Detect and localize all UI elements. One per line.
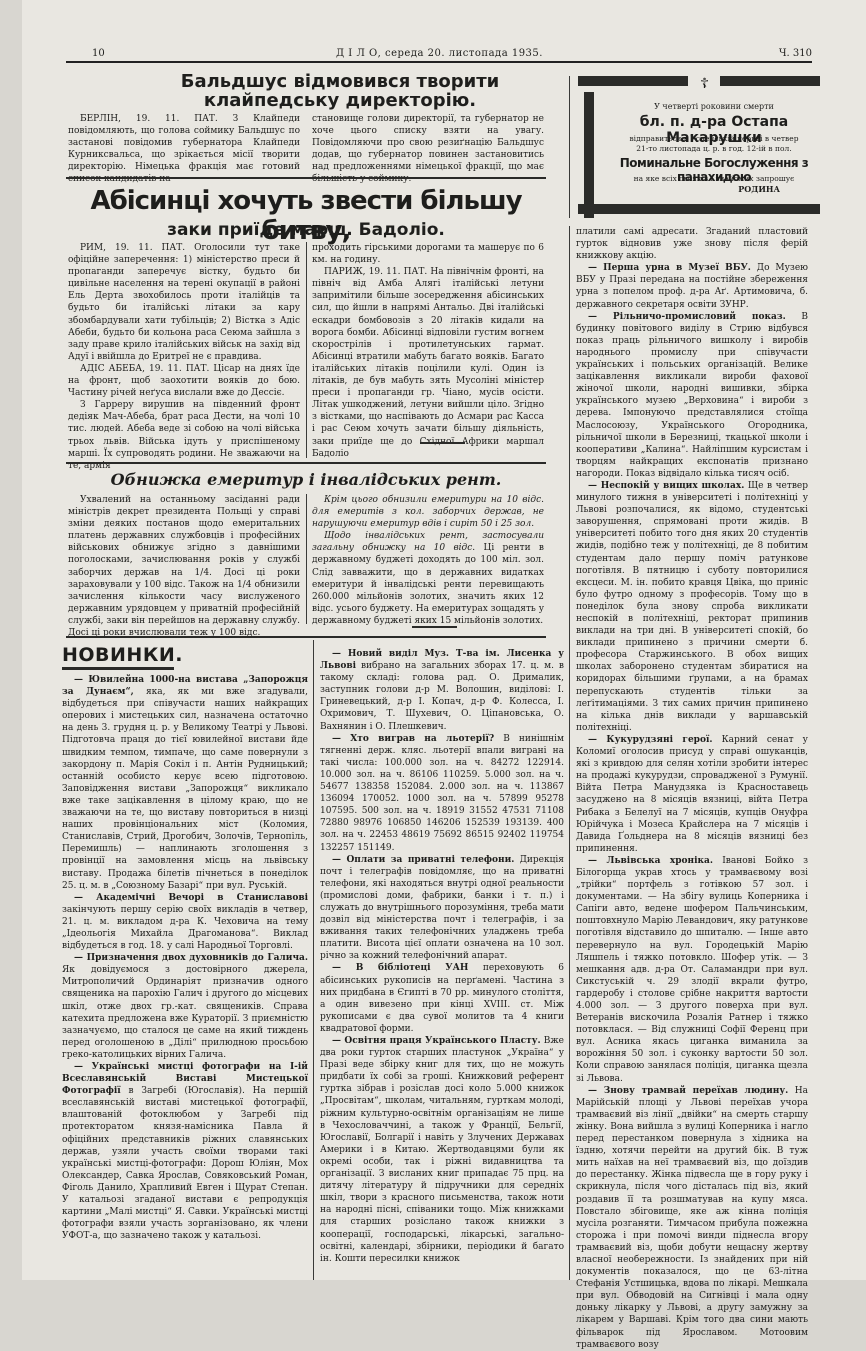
- news-item: — Рільничо-промисловий показ. В будинку …: [576, 311, 808, 480]
- news-item-text: Карний сенат у Коломиї оголосив присуд у…: [576, 735, 808, 854]
- news-item: — Знову трамвай переїхав людину. На Марі…: [576, 1085, 808, 1280]
- news-item-text: В будинку повітового виділу в Стрию відб…: [576, 312, 808, 479]
- news-item: — Неспокій у вищих школах. Ще в четвер м…: [576, 480, 808, 734]
- news-item-heading: — Академічні Вечорі в Станиславові: [74, 893, 308, 903]
- news-item-heading: — Неспокій у вищих школах.: [588, 481, 744, 491]
- news-item-heading: — Хто виграв на льотерії?: [332, 734, 494, 744]
- title-underline: [62, 667, 174, 670]
- news-item: — Львівська хроніка. Іванові Бойко з Біл…: [576, 855, 808, 1085]
- news-item-heading: — Оплати за приватні телефони.: [332, 855, 514, 865]
- section-divider: [66, 177, 546, 179]
- paragraph: платили самі адресати. Згаданий пластови…: [576, 226, 808, 262]
- paragraph: БЕРЛІН, 19. 11. ПАТ. З Клайпеди повідомл…: [68, 113, 300, 186]
- news-item-text: Іванові Бойко з Білогорща украв хтось у …: [576, 856, 808, 1084]
- article-baldshus-title: Бальдшус відмовився творити клайпедську …: [150, 72, 530, 110]
- mourning-border: [584, 92, 594, 218]
- news-item: — Українські мистці фотографи на І-ій Вс…: [62, 1061, 308, 1242]
- news-item-heading: — Освітня праця Українського Пласту.: [332, 1036, 541, 1046]
- news-item-text: На Марійській площі у Львові переїхав уч…: [576, 1086, 808, 1280]
- column-rule: [569, 76, 570, 218]
- news-item: — В бібліотеці УАН переховують 6 абісинс…: [320, 962, 564, 1035]
- news-item: — Академічні Вечорі в Станиславові закін…: [62, 892, 308, 952]
- title-line: Бальдшус відмовився творити: [150, 72, 530, 91]
- end-rule: [412, 626, 457, 628]
- title-line: клайпедську директорію.: [150, 91, 530, 110]
- obituary-line: 21-то листопада ц. р. в год. 12-ій в пол…: [608, 144, 820, 153]
- obituary-line: У четверті роковини смерти: [608, 102, 820, 111]
- news-item-heading: — Призначення двох духовників до Галича.: [74, 953, 308, 963]
- article-abyssinia-col1: РИМ, 19. 11. ПАТ. Оголосили тут таке офі…: [68, 242, 300, 472]
- page-number: 10: [92, 48, 105, 59]
- issue-number: Ч. 310: [779, 48, 812, 59]
- article-pensions-title: Обнижка емеритур і інвалідських рент.: [66, 470, 546, 489]
- column-rule: [569, 226, 570, 1280]
- paragraph: Ухвалений на останньому засіданні ради м…: [68, 494, 300, 639]
- news-item: — Хто виграв на льотерії? В нинішнім тяг…: [320, 733, 564, 854]
- news-item-text: яка, як ми вже згадували, відбудеться пр…: [62, 687, 308, 891]
- column-rule: [313, 640, 314, 1280]
- news-item-text: Вже два роки гурток старших пластунок „У…: [320, 1036, 564, 1264]
- paragraph: З Гарреру вирушив на південний фронт дед…: [68, 399, 300, 472]
- news-item-text: Ще в четвер минулого тижня в університет…: [576, 481, 808, 733]
- section-title-novynky: НОВИНКИ.: [62, 644, 183, 666]
- mourning-border: [720, 76, 820, 86]
- obituary-line: відправиться в Успенській церкві в четве…: [608, 134, 820, 143]
- paragraph: АДІС АБЕБА, 19. 11. ПАТ. Цісар на днях ї…: [68, 363, 300, 399]
- mourning-border: [578, 204, 820, 214]
- paragraph: ПАРИЖ, 19. 11. ПАТ. На північнім фронті,…: [312, 266, 544, 460]
- column-rule: [306, 242, 307, 458]
- news-item-text: вибрано на загальних зборах 17. ц. м. в …: [320, 661, 564, 731]
- right-column-news: платили самі адресати. Згаданий пластови…: [576, 226, 808, 1280]
- header-rule: [66, 61, 812, 63]
- news-item: — Оплати за приватні телефони. Дирекція …: [320, 854, 564, 963]
- section-divider: [66, 636, 546, 638]
- news-item: — Ювилейна 1000-на вистава „Запорожця за…: [62, 674, 308, 892]
- news-item-text: Як довідуємося з достовірного джерела, М…: [62, 965, 308, 1060]
- news-item-heading: — Перша урна в Музеї ВБУ.: [588, 263, 751, 273]
- novynky-col2: — Новий виділ Муз. Т-ва ім. Лисенка у Ль…: [320, 648, 564, 1265]
- column-rule: [306, 494, 307, 624]
- article-abyssinia-subtitle: заки приїде марш. Бадоліо.: [66, 220, 546, 240]
- article-pensions-col1: Ухвалений на останньому засіданні ради м…: [68, 494, 300, 639]
- paragraph-rest: Ці ренти в державному буджеті доходять д…: [312, 543, 544, 626]
- novynky-col1: — Ювилейна 1000-на вистава „Запорожця за…: [62, 674, 308, 1242]
- article-baldshus-col2: становище голови директорії, та губернат…: [312, 113, 544, 186]
- masthead-date: Д І Л О, середа 20. листопада 1935.: [336, 48, 543, 59]
- news-item-heading: — Знову трамвай переїхав людину.: [588, 1086, 788, 1096]
- obituary-line: на яке всіх свояків і знайомих запрошує: [608, 174, 820, 183]
- article-abyssinia-col2: проходить гірськими дорогами та машерує …: [312, 242, 544, 460]
- paragraph: проходить гірськими дорогами та машерує …: [312, 242, 544, 266]
- news-item-heading: — Рільничо-промисловий показ.: [588, 312, 786, 322]
- article-baldshus-col1: БЕРЛІН, 19. 11. ПАТ. З Клайпеди повідомл…: [68, 113, 300, 186]
- news-item-text: в Загребі (Югославія). На першій всеслав…: [62, 1086, 308, 1241]
- news-item-text: В нинішнім тягненні держ. кляс. льотерії…: [320, 734, 564, 853]
- news-item: — Освітня праця Українського Пласту. Вже…: [320, 1035, 564, 1265]
- section-divider: [66, 462, 546, 464]
- article-pensions-col2: Крім цього обнизили емеритури на 10 відс…: [312, 494, 544, 627]
- news-item: — Призначення двох духовників до Галича.…: [62, 952, 308, 1061]
- news-item-heading: — Кукурудзяні герої.: [588, 735, 713, 745]
- page-header: 10 Д І Л О, середа 20. листопада 1935. Ч…: [66, 44, 816, 62]
- news-item-text: Дирекція почт і телеграфів повідомляє, щ…: [320, 855, 564, 962]
- end-rule: [420, 442, 465, 444]
- orthodox-cross-icon: ☦: [700, 76, 709, 92]
- news-item-heading: — В бібліотеці УАН: [332, 963, 468, 973]
- news-item: — Перша урна в Музеї ВБУ. До Музею ВБУ у…: [576, 262, 808, 310]
- news-item-text: закінчують першу серію своїх викладів в …: [62, 905, 308, 951]
- paragraph: становище голови директорії, та губернат…: [312, 113, 544, 186]
- news-item: — Кукурудзяні герої. Карний сенат у Коло…: [576, 734, 808, 855]
- mourning-border: [578, 76, 688, 86]
- news-item: — Новий виділ Муз. Т-ва ім. Лисенка у Ль…: [320, 648, 564, 733]
- obituary-signature: РОДИНА: [608, 184, 820, 194]
- news-item-heading: — Львівська хроніка.: [588, 856, 713, 866]
- news-item-text: переховують 6 абісинських рукописів на п…: [320, 963, 564, 1033]
- paragraph: РИМ, 19. 11. ПАТ. Оголосили тут таке офі…: [68, 242, 300, 363]
- obituary-notice: ☦ У четверті роковини смерти бл. п. д-ра…: [578, 76, 820, 218]
- paragraph: Крім цього обнизили емеритури на 10 відс…: [312, 494, 544, 530]
